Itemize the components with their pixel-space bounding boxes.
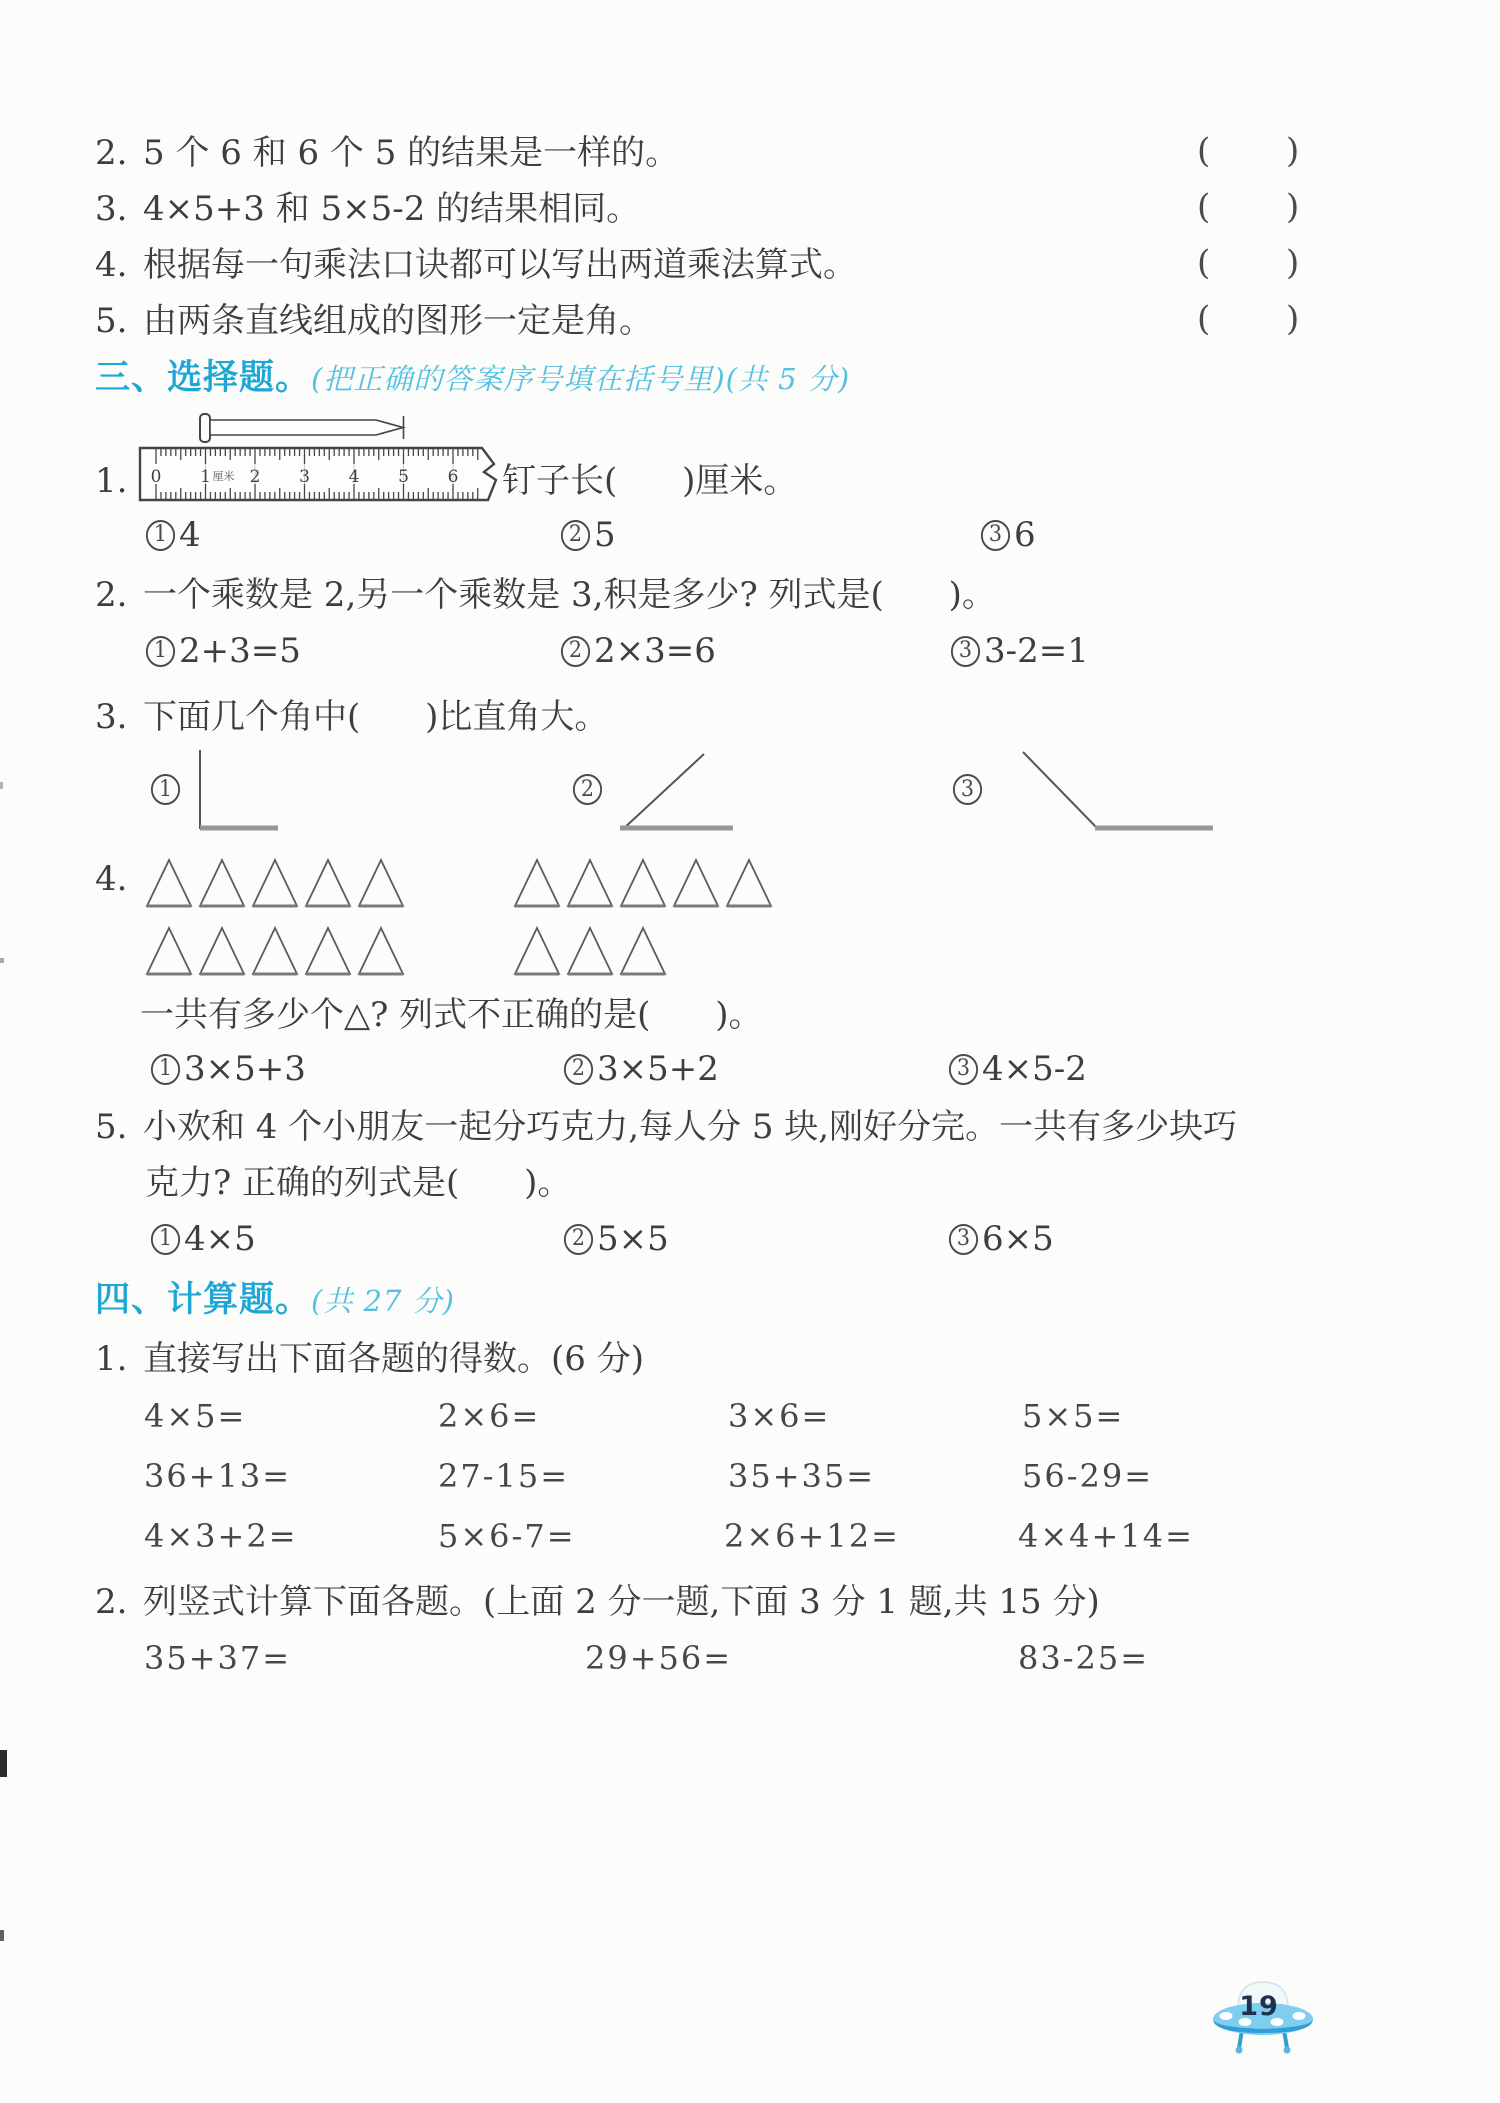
triangle-shape xyxy=(568,928,612,974)
q4-option: 13×5+3 xyxy=(150,1052,306,1086)
q5-option: 25×5 xyxy=(563,1222,669,1256)
calc-item: 5×6-7= xyxy=(438,1520,576,1552)
calc-item: 4×3+2= xyxy=(144,1520,298,1552)
triangle-shape xyxy=(253,860,297,906)
answer-bracket-open: ( xyxy=(1197,134,1210,168)
triangle-shape xyxy=(306,860,350,906)
q2-option: 33-2=1 xyxy=(950,634,1089,668)
s4q2-header: 2.列竖式计算下面各题。(上面 2 分一题,下面 3 分 1 题,共 15 分) xyxy=(95,1585,1100,1619)
answer-bracket-open: ( xyxy=(1197,302,1210,336)
answer-bracket-close: ) xyxy=(1286,190,1299,224)
acute-angle-figure xyxy=(620,754,733,830)
answer-bracket-close: ) xyxy=(1286,134,1299,168)
worksheet-page: 2.5 个 6 和 6 个 5 的结果是一样的。 ( ) 3.4×5+3 和 5… xyxy=(0,0,1500,2103)
page-number: 19 xyxy=(1228,1993,1290,2020)
angle-label: 1 xyxy=(151,774,180,805)
triangle-shape xyxy=(727,860,771,906)
triangle-shape xyxy=(306,928,350,974)
item-number: 2. xyxy=(95,136,143,170)
triangle-shape xyxy=(359,860,403,906)
answer-bracket-open: ( xyxy=(1197,246,1210,280)
judge-item: 5.由两条直线组成的图形一定是角。 xyxy=(95,304,653,338)
answer-bracket-close: ) xyxy=(1286,302,1299,336)
triangle-shape xyxy=(359,928,403,974)
section4-title: 四、计算题。 xyxy=(95,1279,311,1320)
q1-option: 36 xyxy=(980,518,1036,552)
triangle-shape xyxy=(147,860,191,906)
q4-text: 一共有多少个△? 列式不正确的是( )。 xyxy=(140,998,763,1032)
item-text: 5 个 6 和 6 个 5 的结果是一样的。 xyxy=(143,133,679,173)
calc-item: 4×4+14= xyxy=(1018,1520,1194,1552)
section4-subtitle: (共 27 分) xyxy=(311,1284,455,1318)
calc-item: 27-15= xyxy=(438,1460,569,1492)
q5-line1: 5.小欢和 4 个小朋友一起分巧克力,每人分 5 块,刚好分完。一共有多少块巧 xyxy=(95,1110,1237,1144)
edge-artifact xyxy=(0,958,4,963)
q5-option: 36×5 xyxy=(948,1222,1054,1256)
triangle-shape xyxy=(515,860,559,906)
q2-option: 12+3=5 xyxy=(145,634,301,668)
svg-text:5: 5 xyxy=(398,467,409,487)
item-text: 根据每一句乘法口诀都可以写出两道乘法算式。 xyxy=(143,245,857,285)
q4-option: 34×5-2 xyxy=(948,1052,1087,1086)
q2-line: 2.一个乘数是 2,另一个乘数是 3,积是多少? 列式是( )。 xyxy=(95,578,996,612)
triangle-shape xyxy=(621,928,665,974)
obtuse-angle-figure xyxy=(1023,752,1213,828)
section4-header: 四、计算题。(共 27 分) xyxy=(95,1282,455,1317)
item-number: 4. xyxy=(95,248,143,282)
judge-item: 4.根据每一句乘法口诀都可以写出两道乘法算式。 xyxy=(95,248,857,282)
triangle-groups-figure xyxy=(138,850,838,985)
q3-text: 下面几个角中( )比直角大。 xyxy=(143,697,608,737)
triangle-shape xyxy=(200,928,244,974)
svg-text:6: 6 xyxy=(448,467,459,487)
triangle-shape xyxy=(200,860,244,906)
edge-artifact xyxy=(0,1750,7,1777)
svg-text:4: 4 xyxy=(349,467,360,487)
calc-item: 2×6+12= xyxy=(724,1520,900,1552)
q1-text: 钉子长( )厘米。 xyxy=(502,464,797,498)
calc-item: 29+56= xyxy=(585,1642,732,1674)
svg-text:3: 3 xyxy=(299,467,310,487)
item-text: 由两条直线组成的图形一定是角。 xyxy=(143,301,653,341)
triangle-shape xyxy=(568,860,612,906)
section3-header: 三、选择题。(把正确的答案序号填在括号里)(共 5 分) xyxy=(95,360,850,395)
calc-item: 35+35= xyxy=(728,1460,875,1492)
svg-text:厘米: 厘米 xyxy=(213,469,235,483)
section3-subtitle: (把正确的答案序号填在括号里)(共 5 分) xyxy=(311,362,850,396)
judge-item: 3.4×5+3 和 5×5-2 的结果相同。 xyxy=(95,192,640,226)
q2-text: 一个乘数是 2,另一个乘数是 3,积是多少? 列式是( )。 xyxy=(143,575,996,615)
q5-option: 14×5 xyxy=(150,1222,256,1256)
edge-artifact xyxy=(0,1930,4,1941)
judge-item: 2.5 个 6 和 6 个 5 的结果是一样的。 xyxy=(95,136,679,170)
q1-option: 14 xyxy=(145,518,201,552)
q1-option: 25 xyxy=(560,518,616,552)
angle-figures xyxy=(125,742,1285,842)
calc-item: 56-29= xyxy=(1022,1460,1153,1492)
right-angle-figure xyxy=(200,750,278,829)
calc-item: 35+37= xyxy=(144,1642,291,1674)
angle-label: 3 xyxy=(953,774,982,805)
calc-item: 36+13= xyxy=(144,1460,291,1492)
q5-line2: 克力? 正确的列式是( )。 xyxy=(145,1166,571,1200)
nail-icon xyxy=(200,414,404,442)
section3-title: 三、选择题。 xyxy=(95,357,311,398)
calc-item: 2×6= xyxy=(438,1400,540,1432)
triangle-shape xyxy=(674,860,718,906)
answer-bracket-close: ) xyxy=(1286,246,1299,280)
item-number: 3. xyxy=(95,192,143,226)
item-text: 4×5+3 和 5×5-2 的结果相同。 xyxy=(143,189,640,229)
question-number: 4. xyxy=(95,862,127,896)
svg-text:1: 1 xyxy=(200,467,211,487)
calc-item: 5×5= xyxy=(1022,1400,1124,1432)
triangle-shape xyxy=(515,928,559,974)
svg-text:2: 2 xyxy=(250,467,261,487)
calc-item: 83-25= xyxy=(1018,1642,1149,1674)
svg-text:0: 0 xyxy=(151,467,162,487)
calc-item: 3×6= xyxy=(728,1400,830,1432)
q4-option: 23×5+2 xyxy=(563,1052,719,1086)
triangle-shape xyxy=(147,928,191,974)
angle-label: 2 xyxy=(573,774,602,805)
answer-bracket-open: ( xyxy=(1197,190,1210,224)
q3-line: 3.下面几个角中( )比直角大。 xyxy=(95,700,608,734)
calc-item: 4×5= xyxy=(144,1400,246,1432)
edge-artifact xyxy=(0,782,3,789)
triangle-shape xyxy=(621,860,665,906)
s4q1-header: 1.直接写出下面各题的得数。(6 分) xyxy=(95,1342,644,1376)
q2-option: 22×3=6 xyxy=(560,634,716,668)
ruler-nail-figure: 0123456厘米 xyxy=(136,408,516,508)
question-number: 1. xyxy=(95,464,127,498)
item-number: 5. xyxy=(95,304,143,338)
triangle-shape xyxy=(253,928,297,974)
